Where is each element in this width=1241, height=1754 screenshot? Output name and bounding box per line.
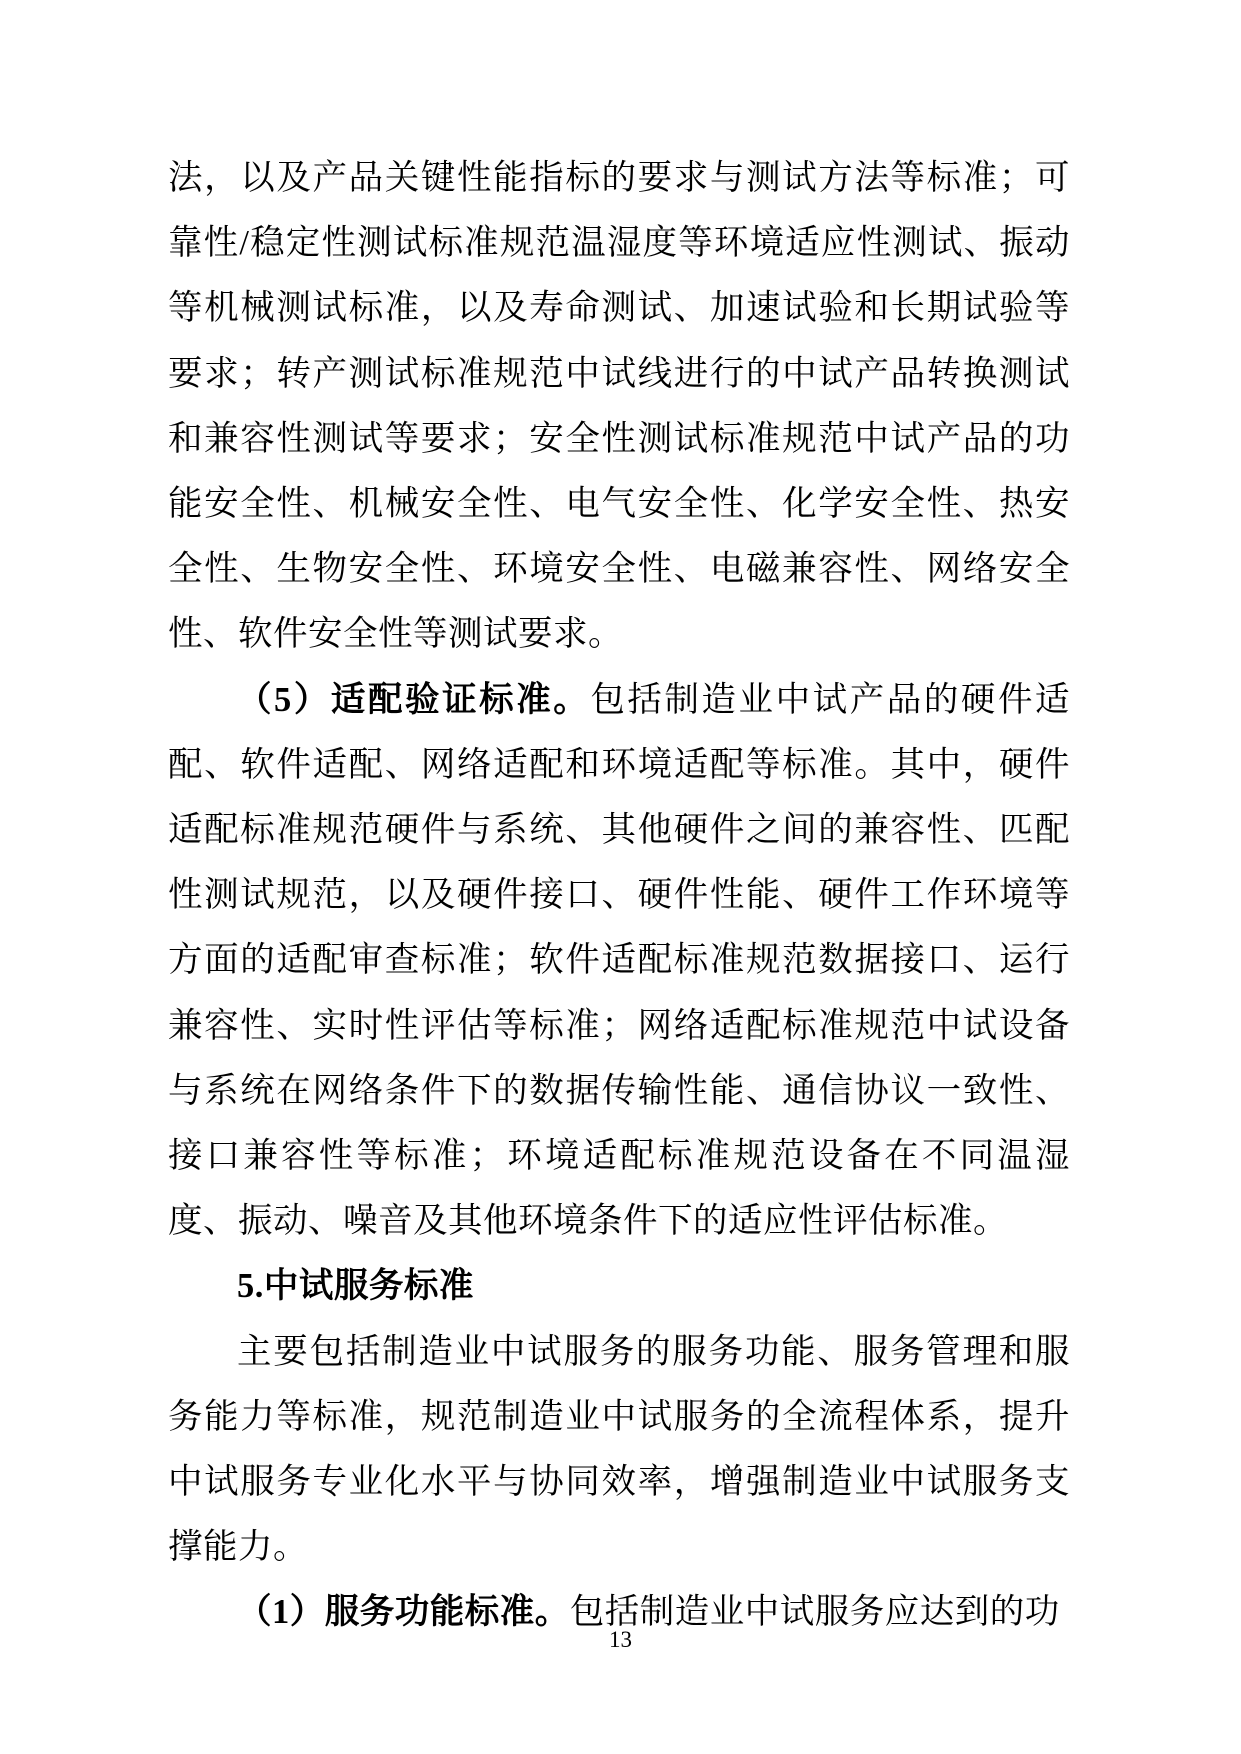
section-heading-pilot-service-standard: 5.中试服务标准: [168, 1254, 1070, 1319]
document-page: 法，以及产品关键性能指标的要求与测试方法等标准；可靠性/稳定性测试标准规范温湿度…: [0, 0, 1241, 1754]
page-text: 法，以及产品关键性能指标的要求与测试方法等标准；可靠性/稳定性测试标准规范温湿度…: [168, 146, 1070, 1646]
paragraph-testing-standards-continued: 法，以及产品关键性能指标的要求与测试方法等标准；可靠性/稳定性测试标准规范温湿度…: [168, 146, 1070, 668]
paragraph-5-lead: （5）适配验证标准。: [237, 681, 590, 719]
paragraph-5-adaptation-standard: （5）适配验证标准。包括制造业中试产品的硬件适配、软件适配、网络适配和环境适配等…: [168, 668, 1070, 1255]
paragraph-service-intro: 主要包括制造业中试服务的服务功能、服务管理和服务能力等标准，规范制造业中试服务的…: [168, 1320, 1070, 1581]
page-number: 13: [0, 1626, 1241, 1654]
paragraph-5-body: 包括制造业中试产品的硬件适配、软件适配、网络适配和环境适配等标准。其中，硬件适配…: [168, 681, 1070, 1241]
